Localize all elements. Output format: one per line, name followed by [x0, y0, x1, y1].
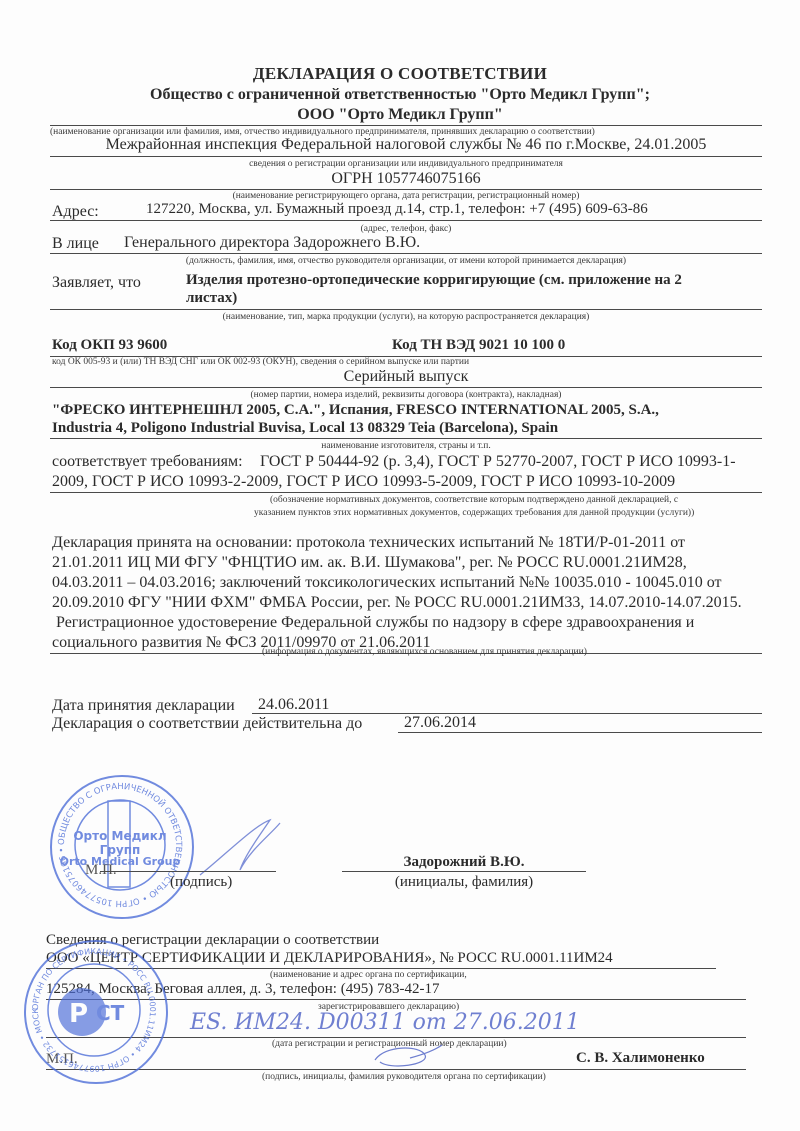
codes-caption: код ОК 005-93 и (или) ТН ВЭД СНГ или ОК … — [52, 357, 469, 367]
divider — [50, 156, 762, 157]
org-name-full: Общество с ограниченной ответственностью… — [0, 86, 800, 104]
standards-caption-1: (обозначение нормативных документов, соо… — [270, 495, 678, 505]
manufacturer-line-1: "ФРЕСКО ИНТЕРНЕШНЛ 2005, С.А.", Испания,… — [52, 402, 659, 419]
standards-caption-2: указанием пунктов этих нормативных докум… — [254, 508, 694, 518]
product-line-2: листах) — [186, 290, 237, 307]
divider — [50, 253, 762, 254]
address-label: Адрес: — [52, 203, 99, 221]
stamp-name-en: Orto Medical Group — [52, 855, 188, 868]
registration-authority: Межрайонная инспекция Федеральной налого… — [50, 136, 762, 154]
representative-value: Генерального директора Задорожнего В.Ю. — [124, 234, 420, 252]
representative-label: В лице — [52, 235, 99, 253]
basis-line: 20.09.2010 ФГУ "НИИ ФХМ" ФМБА России, ре… — [52, 593, 742, 613]
divider — [50, 387, 762, 388]
registration-caption: сведения о регистрации организации или и… — [50, 159, 762, 169]
basis-caption: (информация о документах, являющихся осн… — [262, 647, 587, 657]
cert-head-name: С. В. Халимоненко — [576, 1050, 705, 1067]
svg-text:СТ: СТ — [96, 1001, 125, 1025]
divider — [50, 125, 762, 126]
accepted-date-label: Дата принятия декларации — [52, 697, 235, 715]
company-stamp: ОБЩЕСТВО С ОГРАНИЧЕННОЙ ОТВЕТСТВЕННОСТЬЮ… — [50, 775, 194, 919]
ogrn-value: ОГРН 1057746075166 — [50, 170, 762, 188]
valid-until-value: 27.06.2014 — [404, 714, 476, 732]
handwritten-registration-number: ES. ИМ24. D00311 от 27.06.2011 — [190, 1010, 580, 1035]
org-name-short: ООО "Орто Медикл Групп" — [0, 106, 800, 124]
basis-line: 21.01.2011 ИЦ МИ ФГУ "ФНЦТИО им. ак. В.И… — [52, 553, 742, 573]
product-caption: (наименование, тип, марка продукции (усл… — [50, 312, 762, 322]
signature-caption: (подпись) — [170, 874, 232, 891]
basis-block: Декларация принята на основании: протоко… — [52, 533, 742, 653]
basis-line: 04.03.2011 – 04.03.2016; заключений токс… — [52, 573, 742, 593]
divider — [50, 220, 762, 221]
stamp-name-ru: Орто Медикл Групп — [52, 829, 188, 857]
accepted-date-value: 24.06.2011 — [258, 696, 329, 714]
valid-until-label: Декларация о соответствии действительна … — [52, 715, 362, 733]
stamp-ring-icon: ОРГАН ПО СЕРТИФИКАЦИИ • РОСС RU.0001.11И… — [24, 940, 164, 1080]
divider — [50, 438, 762, 439]
tnved-code: Код ТН ВЭД 9021 10 100 0 — [392, 337, 565, 354]
divider — [342, 871, 586, 872]
certification-body-stamp: ОРГАН ПО СЕРТИФИКАЦИИ • РОСС RU.0001.11И… — [24, 940, 168, 1084]
manufacturer-caption: наименование изготовителя, страны и т.п. — [50, 441, 762, 451]
cert-caption-1: (наименование и адрес органа по сертифик… — [270, 970, 467, 980]
address-caption: (адрес, телефон, факс) — [50, 224, 762, 234]
standards-line-2: 2009, ГОСТ Р ИСО 10993-2-2009, ГОСТ Р ИС… — [52, 473, 675, 491]
serial-caption: (номер партии, номера изделий, реквизиты… — [50, 390, 762, 400]
divider — [50, 189, 762, 190]
divider — [100, 871, 276, 872]
basis-line: Декларация принята на основании: протоко… — [52, 533, 742, 553]
representative-caption: (должность, фамилия, имя, отчество руков… — [50, 256, 762, 266]
serial-release: Серийный выпуск — [50, 368, 762, 386]
address-value: 127220, Москва, ул. Бумажный проезд д.14… — [146, 201, 648, 218]
document-title: ДЕКЛАРАЦИЯ О СООТВЕТСТВИИ — [0, 64, 800, 84]
divider — [50, 492, 762, 493]
manufacturer-line-2: Industria 4, Poligono Industrial Buvisa,… — [52, 420, 558, 437]
divider — [50, 309, 762, 310]
standards-line-1: ГОСТ Р 50444-92 (р. 3,4), ГОСТ Р 52770-2… — [260, 453, 736, 471]
signatory-caption: (инициалы, фамилия) — [342, 874, 586, 891]
signatory-name: Задорожний В.Ю. — [342, 854, 586, 871]
cert-caption-4: (подпись, инициалы, фамилия руководителя… — [262, 1072, 546, 1082]
divider — [398, 732, 762, 733]
svg-text:Р: Р — [69, 999, 88, 1029]
product-label: Заявляет, что — [52, 274, 141, 292]
product-line-1: Изделия протезно-ортопедические корригир… — [186, 272, 682, 289]
ogrn-caption: (наименование регистрирующего органа, да… — [50, 191, 762, 201]
divider — [252, 713, 762, 714]
standards-label: соответствует требованиям: — [52, 453, 243, 471]
basis-line: Регистрационное удостоверение Федерально… — [52, 613, 742, 633]
okp-code: Код ОКП 93 9600 — [52, 337, 167, 354]
